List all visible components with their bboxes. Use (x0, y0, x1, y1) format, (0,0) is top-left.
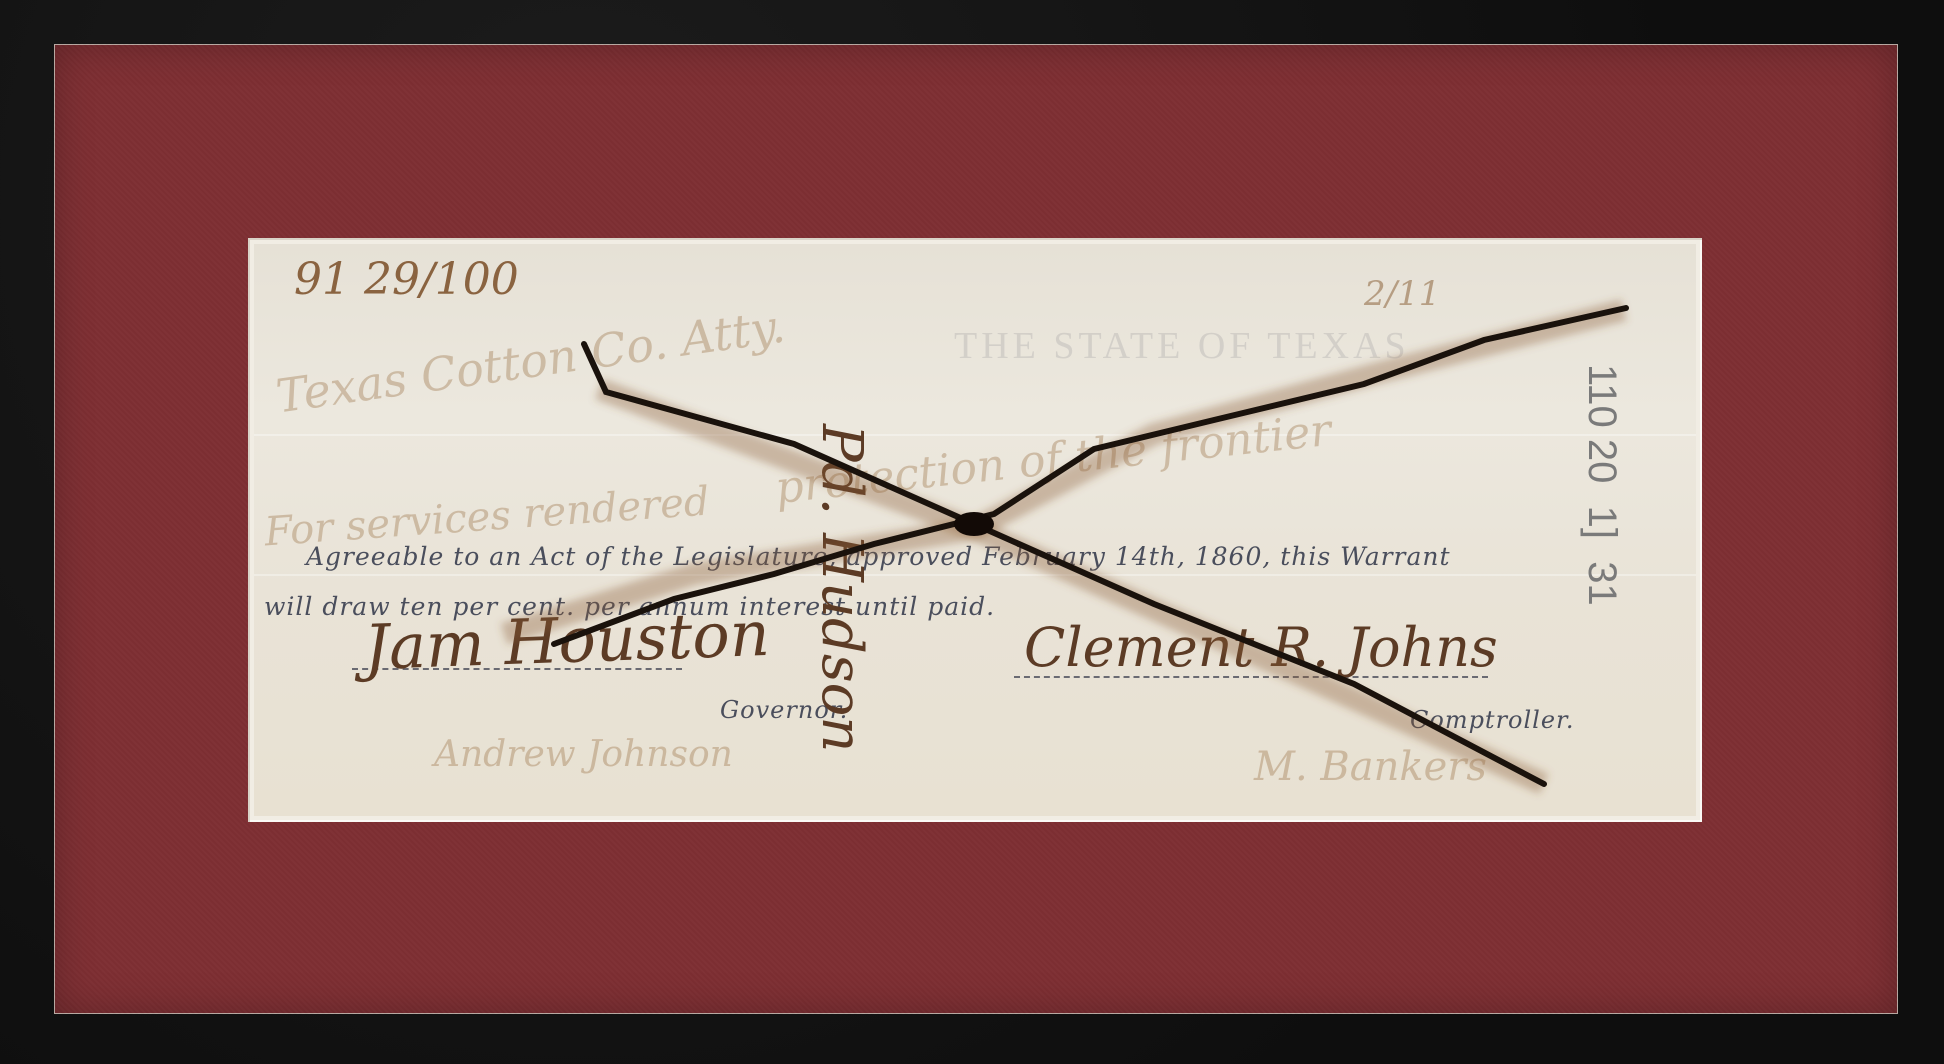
warrant-document: THE STATE OF TEXAS Texas Cotton Co. Atty… (254, 244, 1696, 816)
burn-cancellation-x (254, 244, 1696, 816)
